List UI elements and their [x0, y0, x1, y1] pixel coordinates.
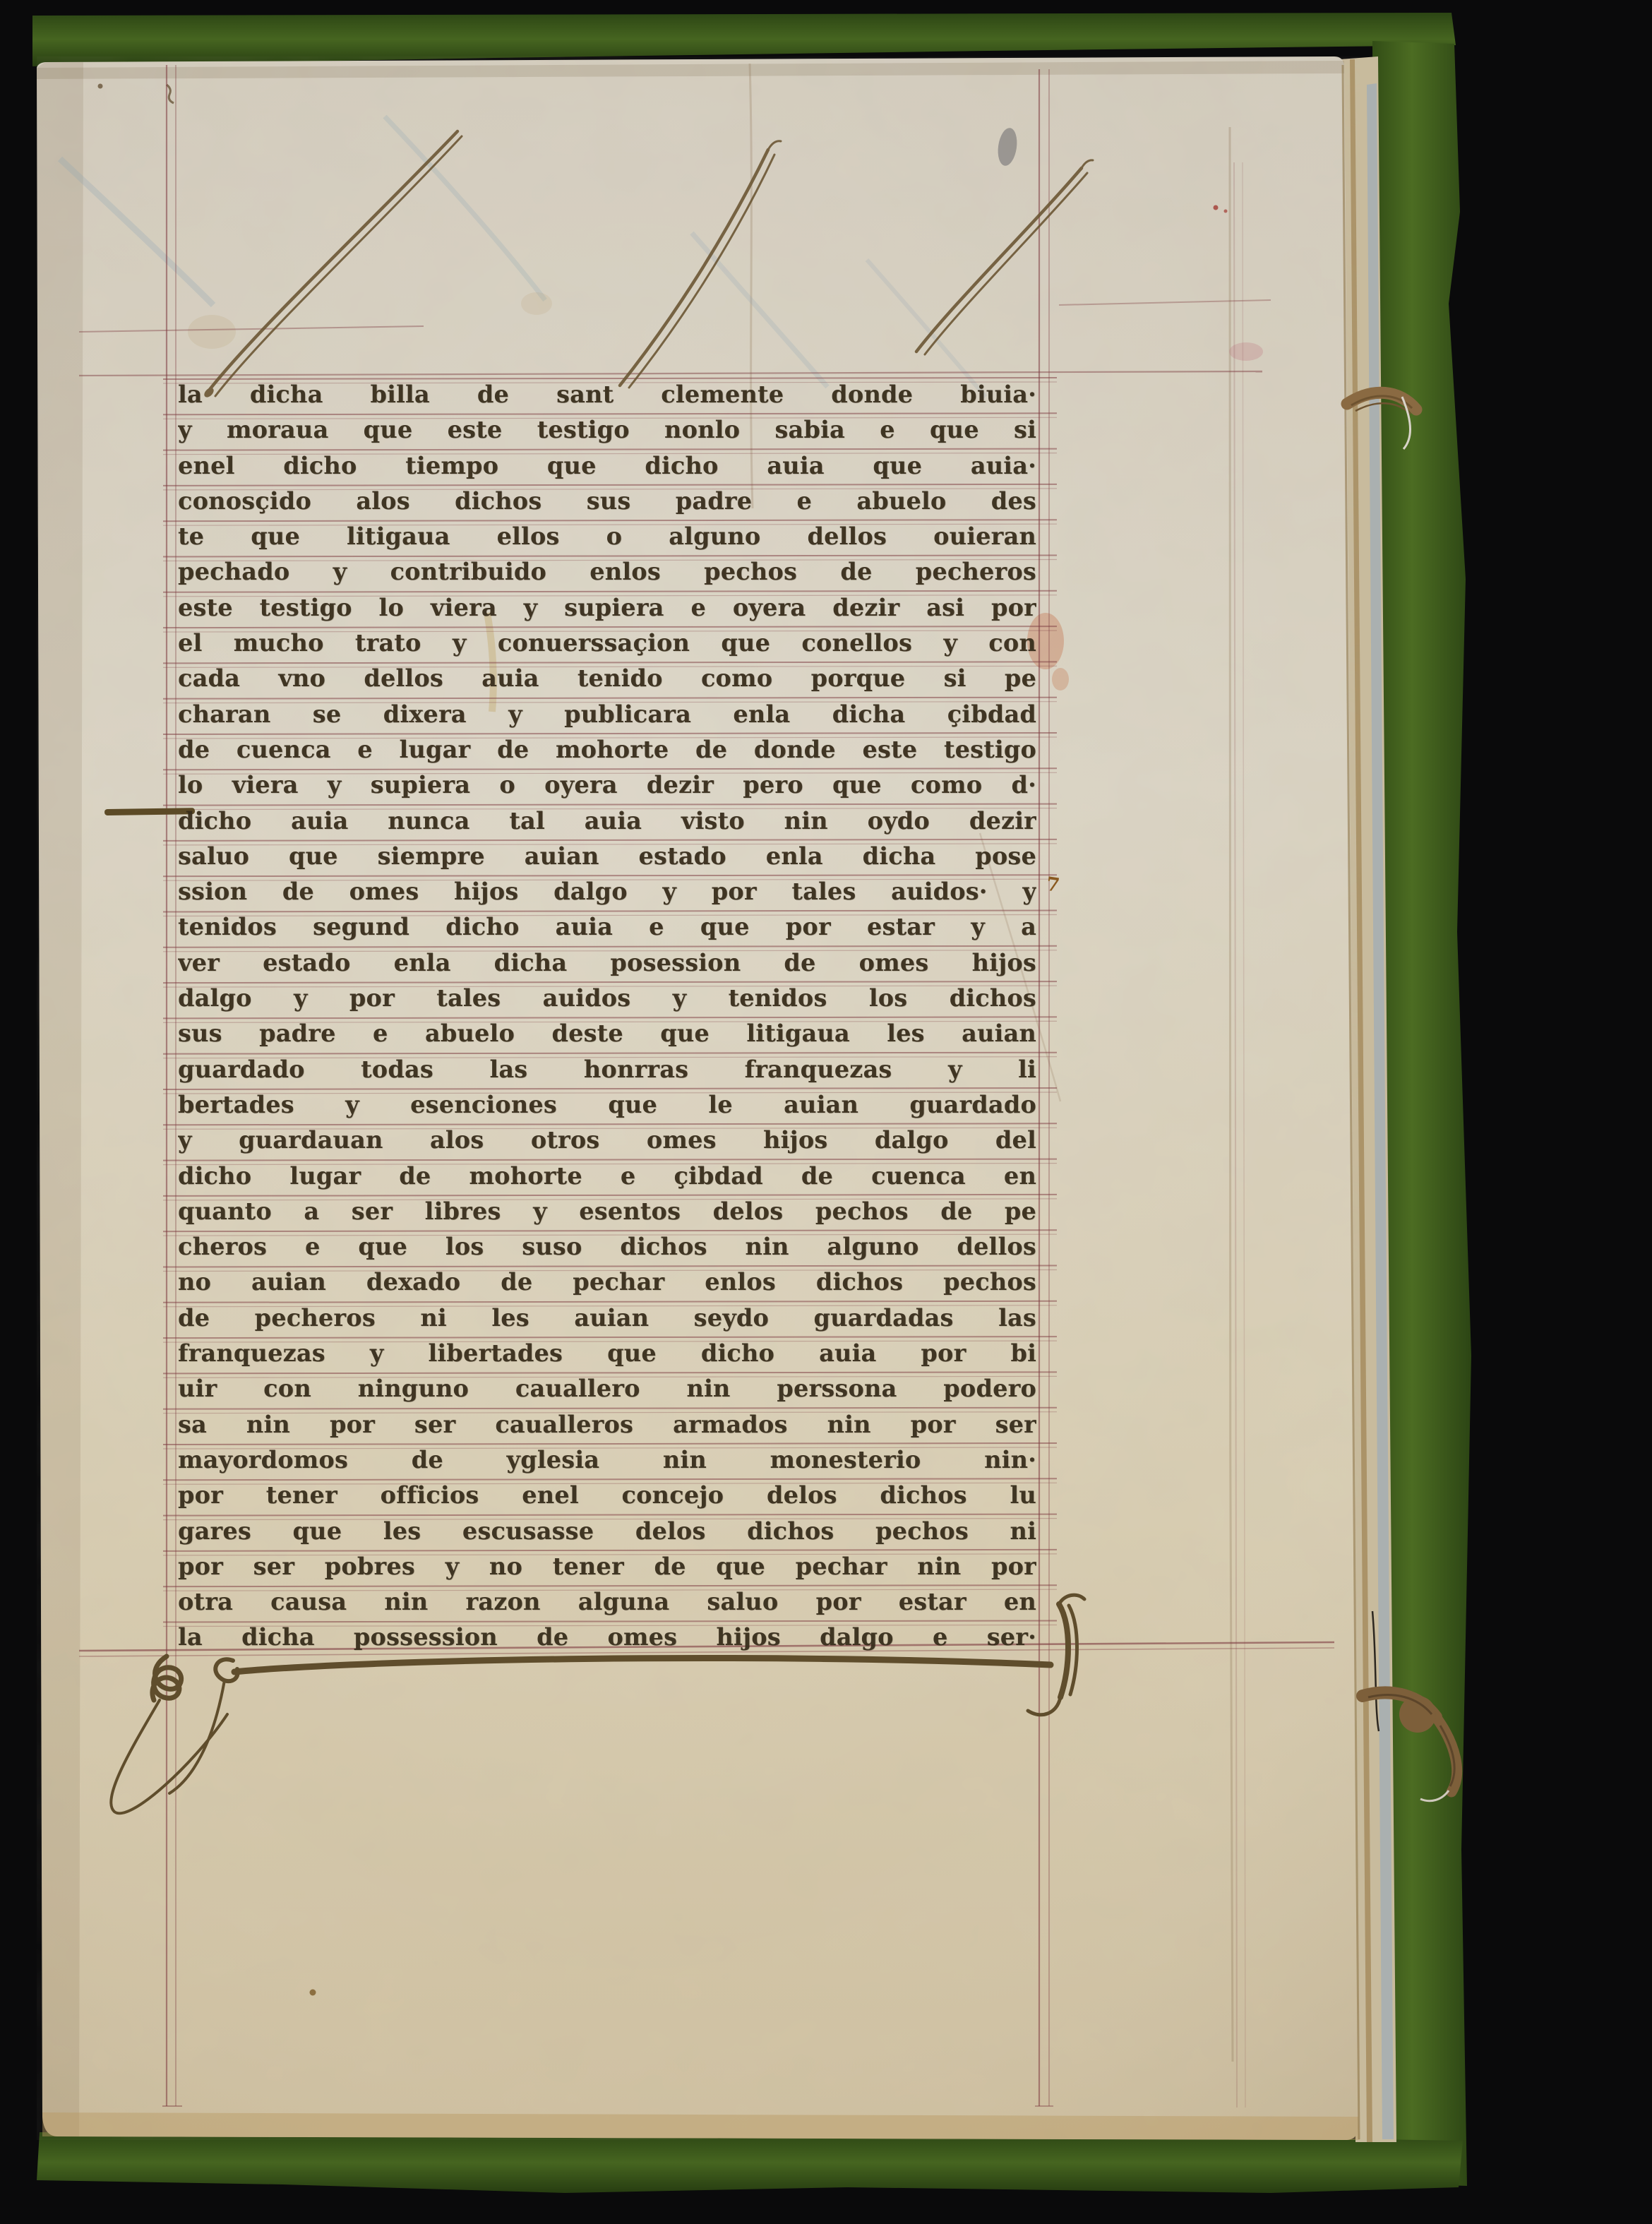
manuscript-text-line: la dicha billa de sant clemente donde bi…: [178, 377, 1036, 412]
manuscript-text-line: lo viera y supiera o oyera dezir pero qu…: [178, 767, 1036, 803]
manuscript-text-line: conosçido alos dichos sus padre e abuelo…: [178, 484, 1036, 519]
manuscript-text-line: este testigo lo viera y supiera e oyera …: [178, 590, 1036, 626]
speck-red-2: [1224, 210, 1228, 213]
manuscript-text-line: cheros e que los suso dichos nin alguno …: [178, 1229, 1036, 1265]
manuscript-text-line: y moraua que este testigo nonlo sabia e …: [178, 412, 1036, 448]
manuscript-text-block: la dicha billa de sant clemente donde bi…: [178, 377, 1036, 1656]
manuscript-photo: la dicha billa de sant clemente donde bi…: [0, 0, 1652, 2224]
manuscript-text-line: gares que les escusasse delos dichos pec…: [178, 1514, 1036, 1549]
manuscript-text-line: la dicha possession de omes hijos dalgo …: [178, 1620, 1036, 1655]
manuscript-text-line: dicho auia nunca tal auia visto nin oydo…: [178, 803, 1036, 839]
binding-green-bottom-band: [37, 2132, 1463, 2193]
manuscript-text-line: por tener officios enel concejo delos di…: [178, 1478, 1036, 1513]
manuscript-text-line: el mucho trato y conuerssaçion que conel…: [178, 626, 1036, 661]
manuscript-text-line: ver estado enla dicha posession de omes …: [178, 945, 1036, 981]
parchment-bottom-edge-shade: [42, 2112, 1360, 2140]
manuscript-text-line: charan se dixera y publicara enla dicha …: [178, 697, 1036, 732]
manuscript-text-line: franquezas y libertades que dicho auia p…: [178, 1336, 1036, 1371]
manuscript-text-line: ssion de omes hijos dalgo y por tales au…: [178, 874, 1036, 909]
manuscript-text-line: enel dicho tiempo que dicho auia que aui…: [178, 448, 1036, 484]
manuscript-text-line: guardado todas las honrras franquezas y …: [178, 1052, 1036, 1087]
manuscript-text-line: no auian dexado de pechar enlos dichos p…: [178, 1265, 1036, 1300]
speck-red-1: [1214, 205, 1219, 210]
manuscript-text-line: sa nin por ser caualleros armados nin po…: [178, 1407, 1036, 1442]
manuscript-text-line: uir con ninguno cauallero nin perssona p…: [178, 1371, 1036, 1406]
manuscript-text-line: pechado y contribuido enlos pechos de pe…: [178, 554, 1036, 590]
manuscript-text-line: mayordomos de yglesia nin monesterio nin…: [178, 1442, 1036, 1478]
parchment-left-edge-shade: [37, 62, 83, 2136]
manuscript-text-line: saluo que siempre auian estado enla dich…: [178, 839, 1036, 874]
manuscript-text-line: tenidos segund dicho auia e que por esta…: [178, 909, 1036, 945]
stain-tan-left: [188, 315, 236, 349]
manuscript-text-line: de pecheros ni les auian seydo guardadas…: [178, 1301, 1036, 1336]
speck-brown-bottom: [310, 1990, 316, 1996]
manuscript-text-line: dalgo y por tales auidos y tenidos los d…: [178, 981, 1036, 1016]
manuscript-text-line: otra causa nin razon alguna saluo por es…: [178, 1584, 1036, 1620]
stain-tan-mid-top: [521, 292, 552, 315]
manuscript-text-line: quanto a ser libres y esentos delos pech…: [178, 1194, 1036, 1229]
stain-orange-margin-small: [1052, 668, 1069, 690]
manuscript-text-line: te que litigaua ellos o alguno dellos ou…: [178, 519, 1036, 554]
speck-ink-top-left: [98, 84, 103, 89]
manuscript-text-line: bertades y esenciones que le auian guard…: [178, 1087, 1036, 1123]
manuscript-text-line: y guardauan alos otros omes hijos dalgo …: [178, 1123, 1036, 1158]
manuscript-text-line: sus padre e abuelo deste que litigaua le…: [178, 1016, 1036, 1051]
manuscript-text-line: de cuenca e lugar de mohorte de donde es…: [178, 732, 1036, 767]
manuscript-text-line: dicho lugar de mohorte e çibdad de cuenc…: [178, 1159, 1036, 1194]
manuscript-text-line: por ser pobres y no tener de que pechar …: [178, 1549, 1036, 1584]
manuscript-text-line: cada vno dellos auia tenido como porque …: [178, 661, 1036, 696]
